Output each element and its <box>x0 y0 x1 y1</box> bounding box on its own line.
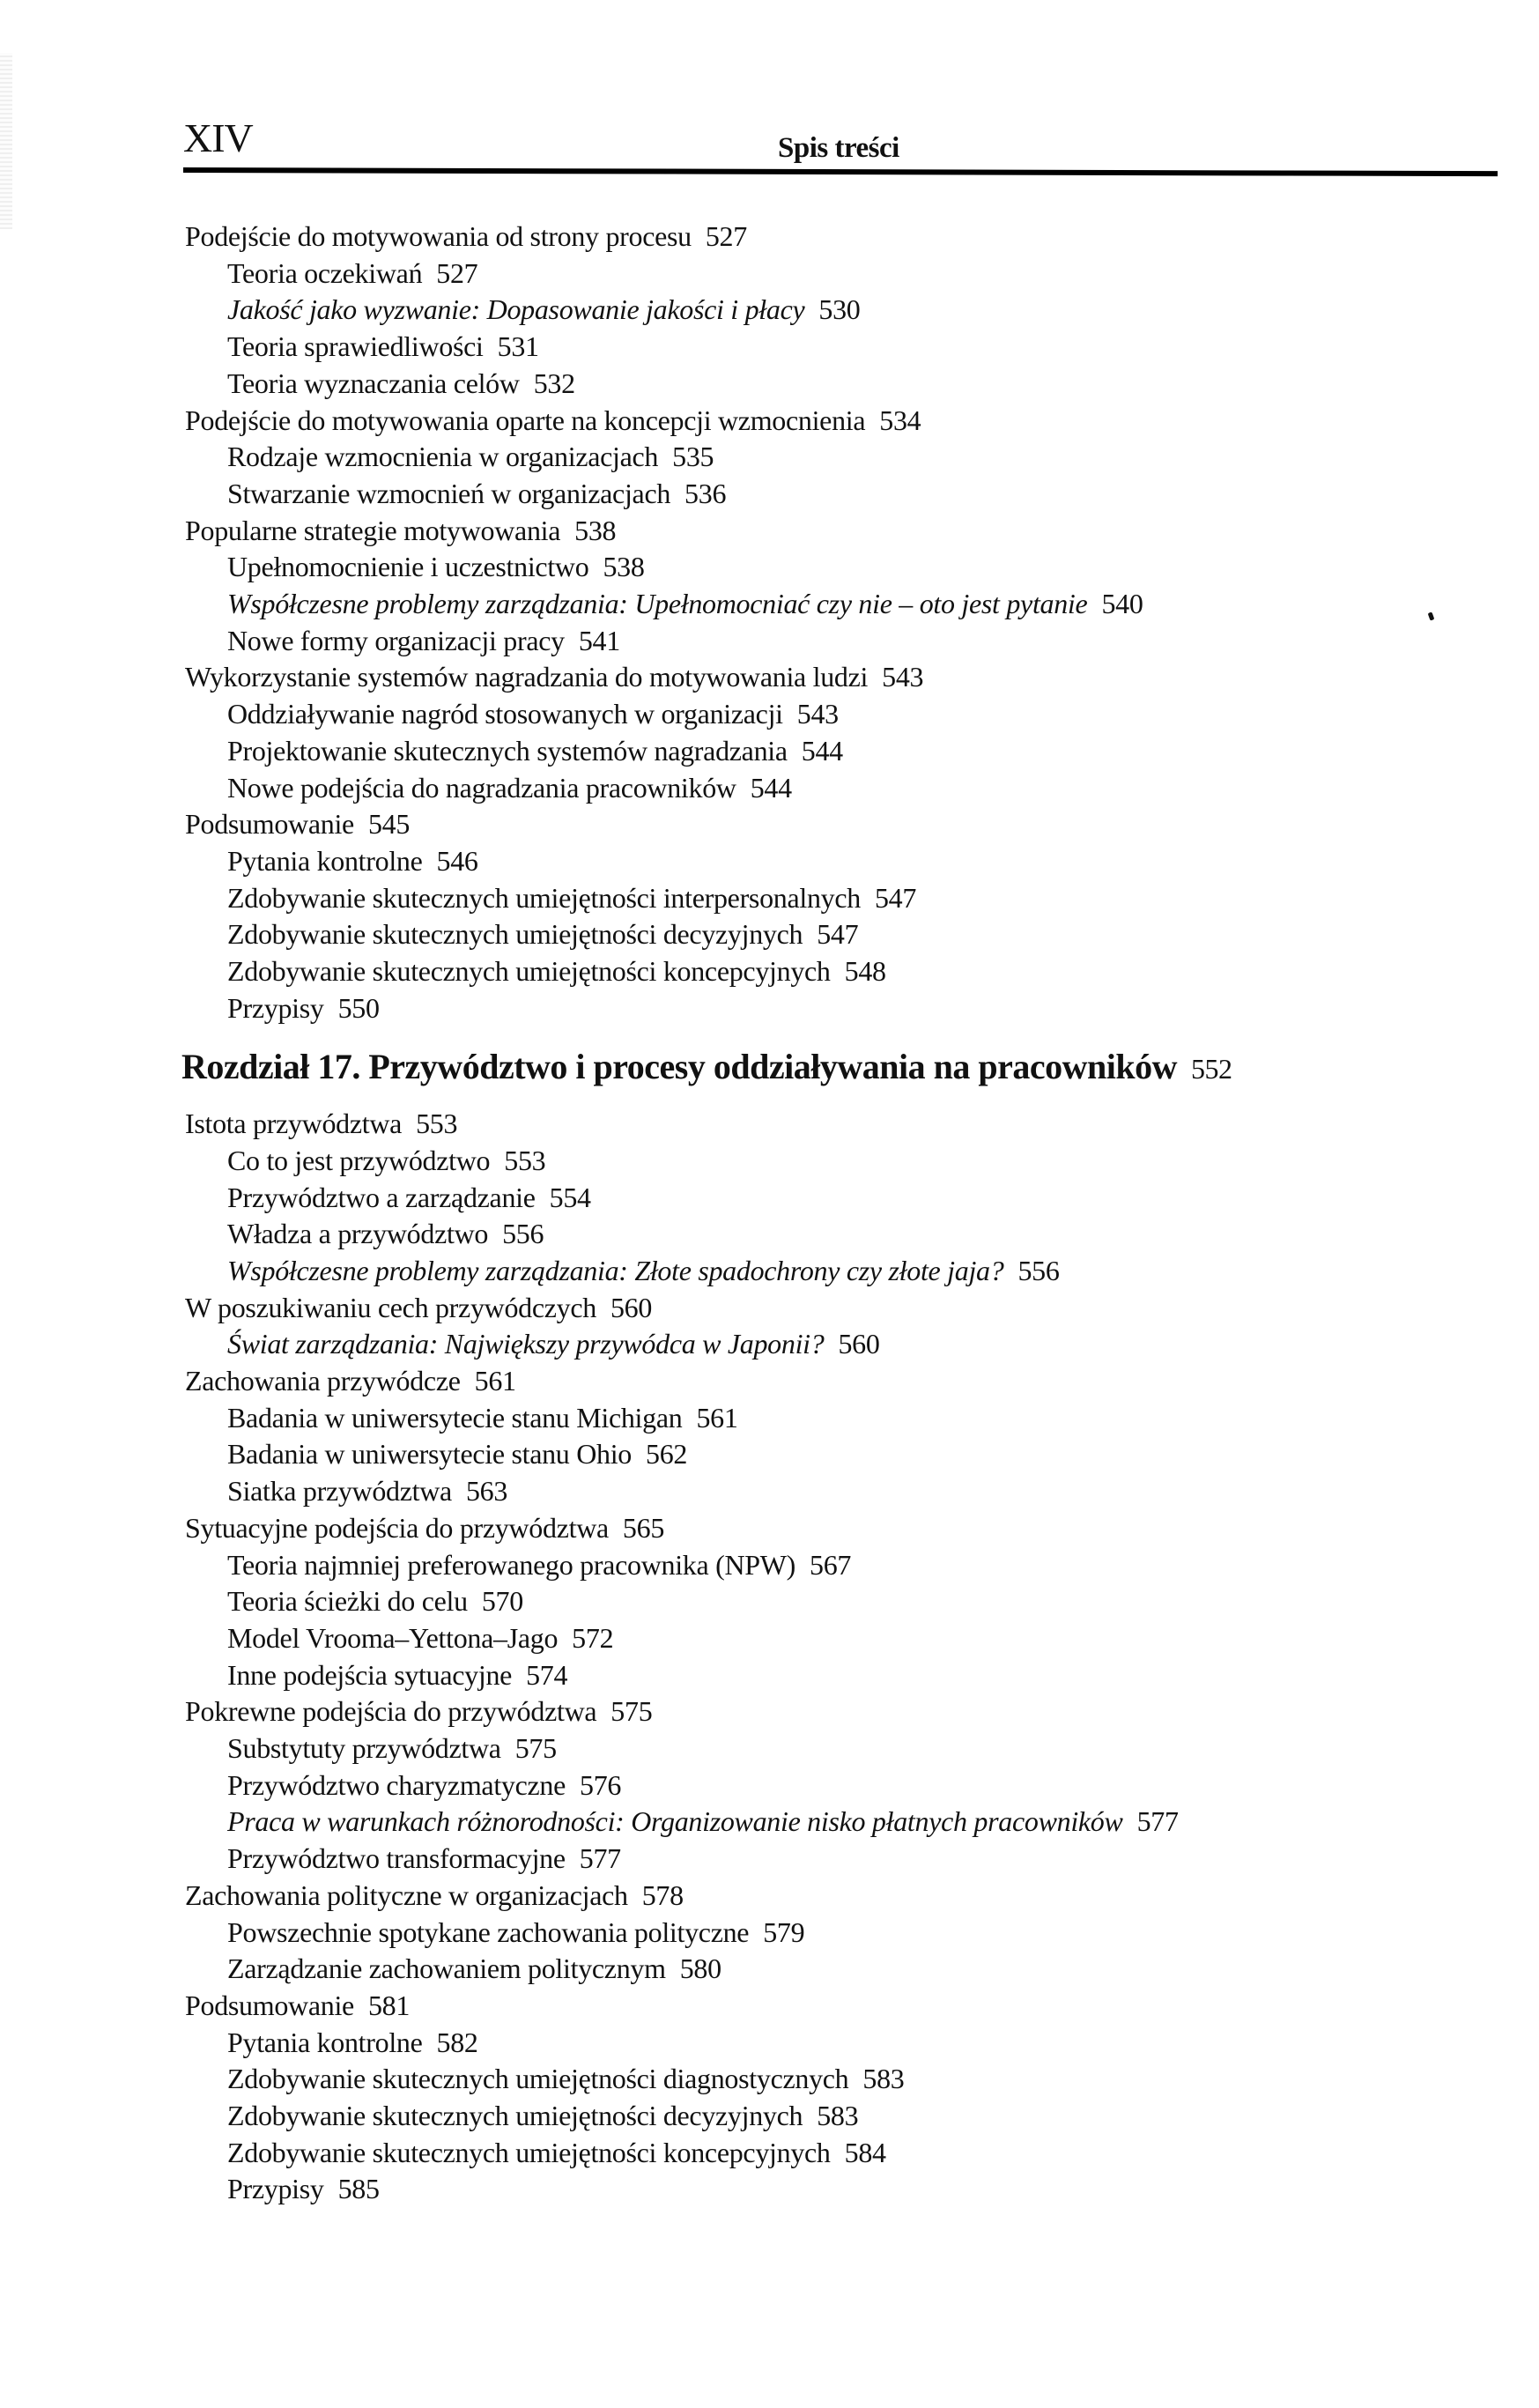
toc-entry: Przypisy585 <box>227 2171 380 2206</box>
toc-entry: Zarządzanie zachowaniem politycznym580 <box>227 1951 721 1986</box>
toc-entry-page: 583 <box>862 2063 904 2094</box>
toc-entry: Nowe formy organizacji pracy541 <box>227 623 620 658</box>
toc-entry: Przywództwo a zarządzanie554 <box>227 1180 591 1215</box>
toc-entry: Zdobywanie skutecznych umiejętności diag… <box>227 2061 904 2096</box>
toc-entry: W poszukiwaniu cech przywódczych560 <box>185 1290 652 1325</box>
toc-entry: Podejście do motywowania od strony proce… <box>185 219 747 254</box>
toc-entry: Jakość jako wyzwanie: Dopasowanie jakośc… <box>227 292 861 327</box>
toc-entry-title: Teoria oczekiwań <box>227 257 422 289</box>
toc-entry-title: Badania w uniwersytecie stanu Ohio <box>227 1438 632 1470</box>
toc-entry-page: 543 <box>797 698 839 730</box>
toc-entry-page: 567 <box>810 1549 851 1581</box>
toc-entry-title: Popularne strategie motywowania <box>185 515 560 546</box>
toc-entry-title: Podsumowanie <box>185 808 354 840</box>
toc-entry-page: 570 <box>482 1585 523 1617</box>
toc-entry-title: Jakość jako wyzwanie: Dopasowanie jakośc… <box>227 293 804 325</box>
toc-entry: Teoria ścieżki do celu570 <box>227 1583 523 1619</box>
toc-entry-title: Zachowania polityczne w organizacjach <box>185 1879 628 1911</box>
toc-entry-page: 536 <box>684 478 726 509</box>
toc-entry-title: Pytania kontrolne <box>227 2026 423 2058</box>
toc-entry-title: Przypisy <box>227 992 324 1024</box>
toc-entry: Inne podejścia sytuacyjne574 <box>227 1657 567 1693</box>
toc-entry-page: 580 <box>680 1952 721 1984</box>
toc-entry-title: Zarządzanie zachowaniem politycznym <box>227 1952 666 1984</box>
toc-entry-page: 563 <box>466 1475 507 1507</box>
toc-entry-page: 561 <box>696 1402 737 1434</box>
toc-entry-title: Siatka przywództwa <box>227 1475 452 1507</box>
toc-entry-page: 527 <box>706 220 747 252</box>
toc-entry: Upełnomocnienie i uczestnictwo538 <box>227 549 645 584</box>
toc-entry-page: 552 <box>1191 1053 1232 1085</box>
toc-entry-title: Teoria wyznaczania celów <box>227 367 520 399</box>
toc-entry: Powszechnie spotykane zachowania polityc… <box>227 1915 804 1950</box>
toc-entry-page: 575 <box>610 1695 652 1727</box>
toc-entry: Popularne strategie motywowania538 <box>185 513 616 548</box>
toc-entry-title: Powszechnie spotykane zachowania polityc… <box>227 1916 749 1948</box>
toc-entry: Wykorzystanie systemów nagradzania do mo… <box>185 659 923 694</box>
toc-entry-page: 578 <box>642 1879 684 1911</box>
toc-entry-page: 546 <box>437 845 478 877</box>
toc-entry-title: Substytuty przywództwa <box>227 1732 501 1764</box>
toc-entry-title: Praca w warunkach różnorodności: Organiz… <box>227 1805 1123 1837</box>
toc-entry-page: 556 <box>502 1218 544 1249</box>
toc-entry-page: 553 <box>504 1145 545 1176</box>
toc-entry-title: Nowe formy organizacji pracy <box>227 625 565 656</box>
toc-entry-page: 574 <box>526 1659 567 1691</box>
toc-entry-title: Istota przywództwa <box>185 1108 402 1139</box>
toc-entry: Nowe podejścia do nagradzania pracownikó… <box>227 770 792 805</box>
toc-entry-title: Podejście do motywowania od strony proce… <box>185 220 692 252</box>
toc-entry: Podsumowanie581 <box>185 1988 410 2023</box>
toc-entry-title: Projektowanie skutecznych systemów nagra… <box>227 735 788 767</box>
toc-entry: Przywództwo transformacyjne577 <box>227 1841 621 1876</box>
toc-entry: Substytuty przywództwa575 <box>227 1730 557 1766</box>
toc-entry: Teoria najmniej preferowanego pracownika… <box>227 1547 851 1582</box>
toc-entry: Co to jest przywództwo553 <box>227 1143 545 1178</box>
toc-entry-page: 527 <box>436 257 477 289</box>
toc-entry-page: 556 <box>1017 1255 1059 1286</box>
toc-entry-title: Świat zarządzania: Największy przywódca … <box>227 1328 824 1360</box>
toc-entry-title: Inne podejścia sytuacyjne <box>227 1659 512 1691</box>
toc-chapter-heading: Rozdział 17. Przywództwo i procesy oddzi… <box>181 1049 1232 1086</box>
toc-entry-page: 547 <box>875 882 916 914</box>
page-number: XIV <box>183 115 253 161</box>
toc-entry-page: 553 <box>416 1108 457 1139</box>
toc-entry: Pokrewne podejścia do przywództwa575 <box>185 1693 652 1729</box>
toc-entry: Pytania kontrolne546 <box>227 843 478 878</box>
toc-entry: Teoria oczekiwań527 <box>227 256 477 291</box>
toc-entry-page: 583 <box>817 2100 858 2131</box>
toc-entry-title: Rozdział 17. Przywództwo i procesy oddzi… <box>181 1047 1177 1086</box>
toc-entry: Sytuacyjne podejścia do przywództwa565 <box>185 1510 664 1545</box>
toc-entry: Podejście do motywowania oparte na konce… <box>185 403 921 438</box>
toc-entry-title: Pytania kontrolne <box>227 845 423 877</box>
toc-entry: Badania w uniwersytecie stanu Ohio562 <box>227 1436 687 1471</box>
toc-entry: Teoria sprawiedliwości531 <box>227 329 539 364</box>
toc-entry-title: Zdobywanie skutecznych umiejętności konc… <box>227 955 831 987</box>
toc-entry-title: Zdobywanie skutecznych umiejętności decy… <box>227 918 803 950</box>
toc-entry-page: 541 <box>579 625 620 656</box>
toc-entry: Współczesne problemy zarządzania: Upełno… <box>227 586 1143 621</box>
toc-entry: Teoria wyznaczania celów532 <box>227 366 575 401</box>
toc-entry: Przywództwo charyzmatyczne576 <box>227 1767 621 1803</box>
toc-entry-page: 534 <box>879 404 921 436</box>
toc-entry-title: Sytuacyjne podejścia do przywództwa <box>185 1512 609 1544</box>
toc-entry: Przypisy550 <box>227 990 380 1026</box>
toc-entry-title: Wykorzystanie systemów nagradzania do mo… <box>185 661 868 693</box>
toc-entry-page: 579 <box>763 1916 804 1948</box>
toc-entry-page: 577 <box>580 1842 621 1874</box>
toc-entry-page: 585 <box>338 2173 380 2204</box>
toc-entry-title: Zachowania przywódcze <box>185 1365 461 1397</box>
toc-entry-title: Oddziaływanie nagród stosowanych w organ… <box>227 698 783 730</box>
toc-entry-title: Przywództwo charyzmatyczne <box>227 1769 566 1801</box>
toc-entry: Model Vrooma–Yettona–Jago572 <box>227 1620 613 1656</box>
toc-entry-title: Podejście do motywowania oparte na konce… <box>185 404 865 436</box>
toc-entry-title: Przypisy <box>227 2173 324 2204</box>
toc-entry-title: Teoria najmniej preferowanego pracownika… <box>227 1549 795 1581</box>
toc-entry: Pytania kontrolne582 <box>227 2025 478 2060</box>
toc-entry-page: 531 <box>498 330 539 362</box>
running-title: Spis treści <box>778 132 899 165</box>
toc-entry: Projektowanie skutecznych systemów nagra… <box>227 733 843 768</box>
toc-entry-page: 544 <box>751 772 792 804</box>
toc-entry-title: Zdobywanie skutecznych umiejętności konc… <box>227 2137 831 2168</box>
toc-entry: Istota przywództwa553 <box>185 1106 457 1141</box>
toc-entry: Władza a przywództwo556 <box>227 1216 544 1251</box>
toc-entry-page: 576 <box>580 1769 621 1801</box>
scan-edge-shadow <box>0 53 12 229</box>
toc-entry-page: 543 <box>882 661 923 693</box>
toc-entry-title: Przywództwo transformacyjne <box>227 1842 566 1874</box>
toc-entry-page: 538 <box>574 515 616 546</box>
toc-entry-page: 565 <box>623 1512 664 1544</box>
toc-entry: Zachowania polityczne w organizacjach578 <box>185 1878 684 1913</box>
toc-entry-title: Władza a przywództwo <box>227 1218 488 1249</box>
toc-entry-page: 562 <box>646 1438 687 1470</box>
toc-entry-title: Współczesne problemy zarządzania: Upełno… <box>227 588 1087 619</box>
toc-entry: Stwarzanie wzmocnień w organizacjach536 <box>227 476 726 511</box>
toc-entry-page: 550 <box>338 992 380 1024</box>
toc-entry-title: Zdobywanie skutecznych umiejętności decy… <box>227 2100 803 2131</box>
toc-entry-title: Co to jest przywództwo <box>227 1145 490 1176</box>
toc-entry-page: 535 <box>672 441 714 472</box>
toc-entry-page: 560 <box>610 1292 652 1323</box>
toc-entry-page: 547 <box>817 918 858 950</box>
toc-entry: Zdobywanie skutecznych umiejętności inte… <box>227 880 916 915</box>
toc-entry-page: 584 <box>845 2137 886 2168</box>
toc-entry: Świat zarządzania: Największy przywódca … <box>227 1326 880 1361</box>
toc-entry-page: 545 <box>368 808 410 840</box>
toc-entry-page: 581 <box>368 1989 410 2021</box>
toc-entry: Zdobywanie skutecznych umiejętności decy… <box>227 2098 858 2133</box>
toc-entry-title: Podsumowanie <box>185 1989 354 2021</box>
toc-entry: Podsumowanie545 <box>185 806 410 841</box>
toc-entry-page: 548 <box>845 955 886 987</box>
toc-entry-title: Nowe podejścia do nagradzania pracownikó… <box>227 772 736 804</box>
toc-entry-title: Model Vrooma–Yettona–Jago <box>227 1622 558 1654</box>
toc-entry-page: 554 <box>550 1182 591 1213</box>
toc-entry-title: W poszukiwaniu cech przywódczych <box>185 1292 596 1323</box>
toc-entry-title: Teoria ścieżki do celu <box>227 1585 468 1617</box>
toc-entry: Badania w uniwersytecie stanu Michigan56… <box>227 1400 738 1435</box>
scan-speck <box>1428 611 1435 620</box>
toc-entry: Siatka przywództwa563 <box>227 1473 507 1508</box>
toc-entry-page: 544 <box>802 735 843 767</box>
toc-entry-page: 538 <box>603 551 644 582</box>
toc-entry: Rodzaje wzmocnienia w organizacjach535 <box>227 439 714 474</box>
toc-entry: Współczesne problemy zarządzania: Złote … <box>227 1253 1060 1288</box>
toc-entry-title: Stwarzanie wzmocnień w organizacjach <box>227 478 670 509</box>
toc-entry-page: 575 <box>515 1732 557 1764</box>
toc-entry-title: Przywództwo a zarządzanie <box>227 1182 536 1213</box>
toc-entry-title: Współczesne problemy zarządzania: Złote … <box>227 1255 1003 1286</box>
toc-entry-page: 582 <box>437 2026 478 2058</box>
toc-entry-page: 532 <box>534 367 575 399</box>
toc-entry: Zdobywanie skutecznych umiejętności konc… <box>227 953 886 989</box>
toc-entry: Zdobywanie skutecznych umiejętności decy… <box>227 916 858 952</box>
toc-entry-page: 530 <box>818 293 860 325</box>
toc-entry-page: 561 <box>475 1365 516 1397</box>
header-rule <box>183 167 1498 176</box>
toc-entry-title: Pokrewne podejścia do przywództwa <box>185 1695 596 1727</box>
toc-entry-title: Zdobywanie skutecznych umiejętności inte… <box>227 882 861 914</box>
toc-entry-title: Upełnomocnienie i uczestnictwo <box>227 551 588 582</box>
toc-entry: Oddziaływanie nagród stosowanych w organ… <box>227 696 839 731</box>
toc-entry-title: Zdobywanie skutecznych umiejętności diag… <box>227 2063 848 2094</box>
toc-entry-page: 572 <box>572 1622 613 1654</box>
toc-entry: Zdobywanie skutecznych umiejętności konc… <box>227 2135 886 2170</box>
toc-entry-page: 560 <box>838 1328 879 1360</box>
toc-entry-title: Teoria sprawiedliwości <box>227 330 484 362</box>
toc-entry: Praca w warunkach różnorodności: Organiz… <box>227 1804 1179 1839</box>
toc-entry-page: 577 <box>1137 1805 1179 1837</box>
toc-entry-title: Badania w uniwersytecie stanu Michigan <box>227 1402 682 1434</box>
toc-entry: Zachowania przywódcze561 <box>185 1363 516 1398</box>
toc-entry-page: 540 <box>1101 588 1143 619</box>
toc-entry-title: Rodzaje wzmocnienia w organizacjach <box>227 441 658 472</box>
